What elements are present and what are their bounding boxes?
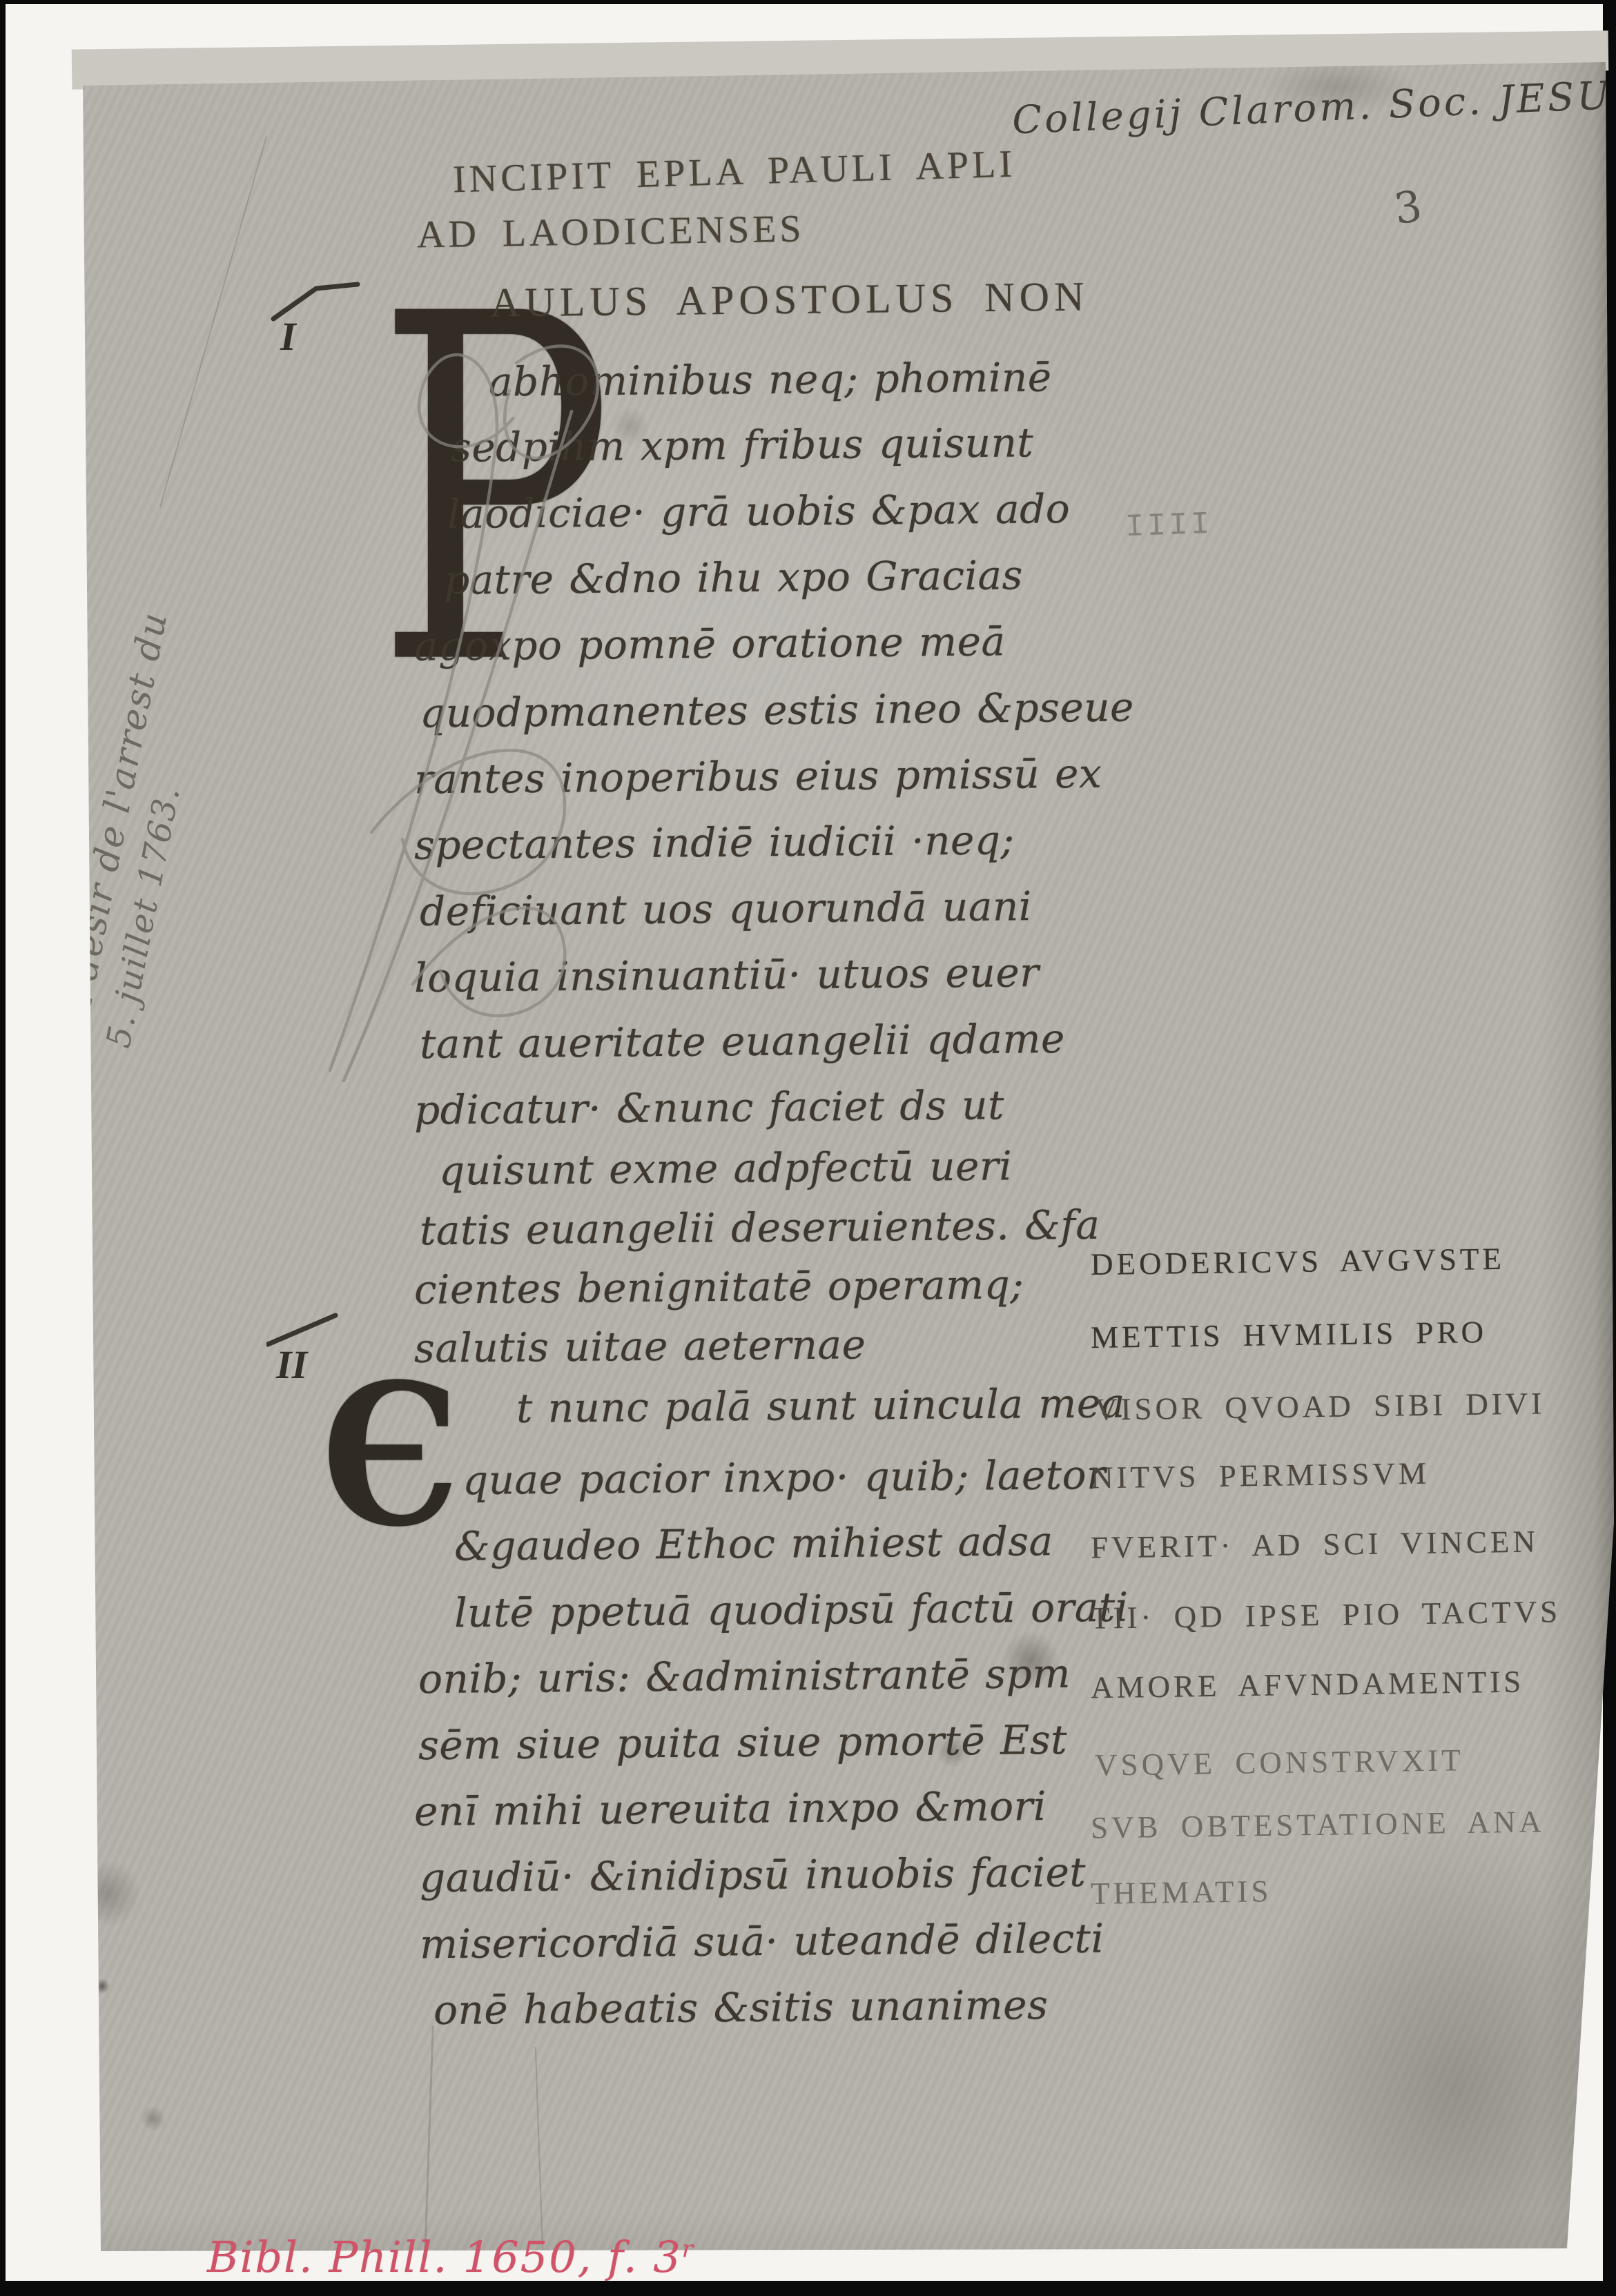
photo-of-manuscript: Collegij Clarom. Soc. JESU. 3 INCIPIT EP… bbox=[0, 0, 1616, 2296]
manuscript-line: THEMATIS bbox=[1091, 1876, 1272, 1910]
manuscript-line: cientes benignitatē operamq; bbox=[414, 1264, 1024, 1310]
shelfmark-superscript: r bbox=[682, 2235, 694, 2263]
manuscript-line: onē habeatis &sitis unanimes bbox=[434, 1985, 1049, 2030]
parchment-crease bbox=[535, 2047, 543, 2254]
manuscript-line: enī mihi uereuita inxpo &mori bbox=[414, 1786, 1046, 1832]
incipit-rubric-line1: INCIPIT EPLA PAULI APLI bbox=[452, 145, 1015, 199]
manuscript-line: misericordiā suā· uteandē dilecti bbox=[420, 1919, 1104, 1965]
manuscript-line: SVB OBTESTATIONE ANA bbox=[1091, 1806, 1545, 1843]
manuscript-line: NITVS PERMISSVM bbox=[1091, 1458, 1430, 1494]
manuscript-line: DEODERICVS AVGVSTE bbox=[1091, 1244, 1506, 1280]
section-mark-II: II bbox=[276, 1342, 307, 1388]
manuscript-line: lutē ppetuā quodipsū factū orati bbox=[454, 1587, 1129, 1633]
offset-show-through-mark: IIII bbox=[1125, 507, 1213, 545]
folio-number: 3 bbox=[1391, 181, 1425, 235]
manuscript-line: gaudiū· &inidipsū inuobis faciet bbox=[420, 1852, 1087, 1898]
manuscript-line: tatis euangelii deseruientes. &fa bbox=[420, 1205, 1100, 1251]
manuscript-line: sēm siue puita siue pmortē Est bbox=[418, 1720, 1067, 1765]
manuscript-line: quae pacior inxpo· quib; laetor bbox=[463, 1455, 1107, 1500]
manuscript-line: salutis uitae aeternae bbox=[414, 1324, 866, 1368]
manuscript-line: VISOR QVOAD SIBI DIVI bbox=[1095, 1388, 1546, 1425]
parchment-crease bbox=[424, 2026, 434, 2254]
manuscript-line: FVERIT· AD SCI VINCEN bbox=[1091, 1526, 1539, 1563]
manuscript-line: METTIS HVMILIS PRO bbox=[1091, 1317, 1488, 1353]
shelfmark-text: Bibl. Phill. 1650, f. 3 bbox=[207, 2232, 682, 2282]
photo-paper: Collegij Clarom. Soc. JESU. 3 INCIPIT EP… bbox=[6, 4, 1603, 2281]
manuscript-line: t nunc palā sunt uincula mea bbox=[516, 1383, 1125, 1429]
decorated-initial-E: Є bbox=[322, 1358, 460, 1553]
paraph-note-1763: Paraphé au desir de l'arrest du 5. juill… bbox=[16, 424, 282, 1226]
manuscript-line: &gaudeo Ethoc mihiest adsa bbox=[454, 1521, 1053, 1567]
jesuit-exlibris-inscription: Collegij Clarom. Soc. JESU. bbox=[1011, 72, 1616, 143]
shelfmark-red-ink: Bibl. Phill. 1650, f. 3r bbox=[207, 2232, 694, 2282]
manuscript-line: VSQVE CONSTRVXIT bbox=[1095, 1745, 1464, 1780]
parchment-page: Collegij Clarom. Soc. JESU. 3 INCIPIT EP… bbox=[6, 4, 1616, 2296]
manuscript-line: TII· QD IPSE PIO TACTVS bbox=[1091, 1596, 1561, 1634]
section-mark-label: II bbox=[276, 1342, 307, 1387]
paraph-signature-flourish bbox=[268, 308, 682, 1101]
manuscript-line: onib; uris: &administrantē spm bbox=[418, 1654, 1071, 1699]
manuscript-line: quisunt exme adpfectū ueri bbox=[439, 1146, 1013, 1190]
manuscript-line: AMORE AFVNDAMENTIS bbox=[1091, 1667, 1525, 1704]
